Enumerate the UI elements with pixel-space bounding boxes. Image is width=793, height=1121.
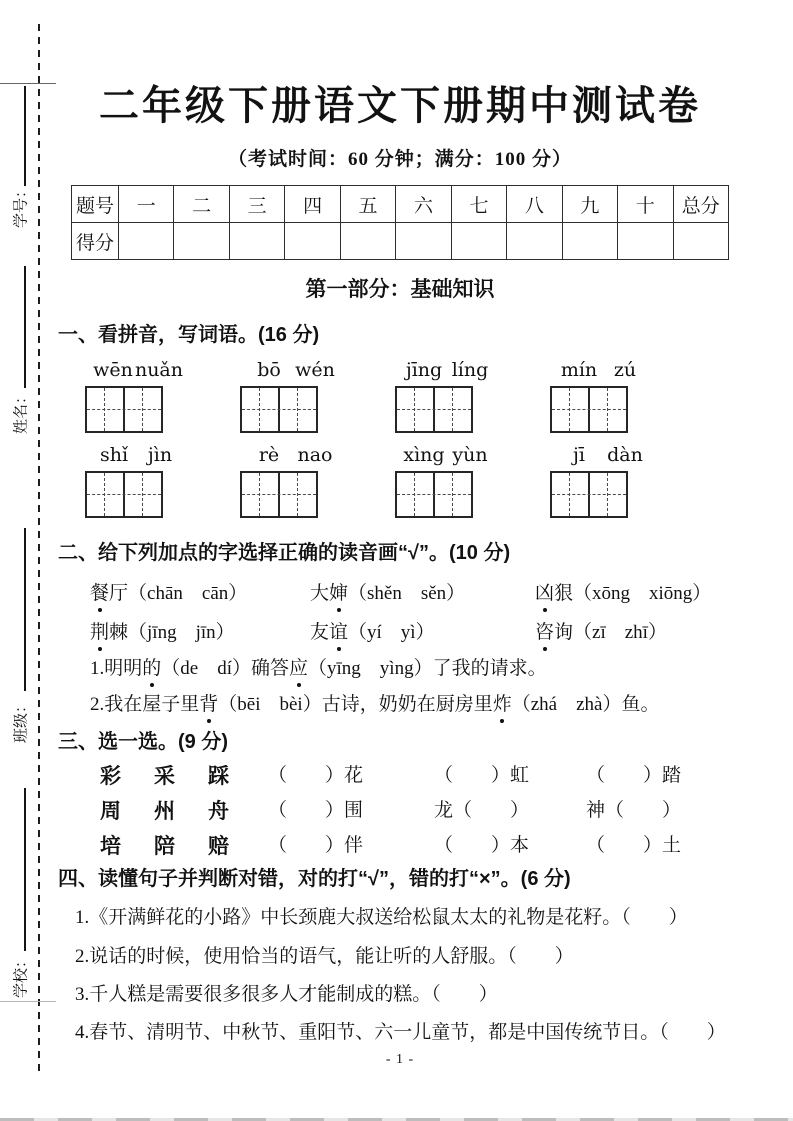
pinyin-word-group: bōwén [240, 357, 318, 433]
score-table-score-row: 得分 [72, 223, 729, 260]
score-table: 题号 一 二 三 四 五 六 七 八 九 十 总分 得分 [71, 185, 729, 260]
score-cell [229, 223, 284, 260]
pinyin-label: bōwén [246, 357, 338, 384]
word-text: 棘（jīng jīn） [109, 622, 235, 643]
sentence-text: （bēi bèi）古诗，奶奶在厨房里 [218, 694, 492, 715]
judge-item: 4.春节、清明节、中秋节、重阳节、六一儿童节，都是中国传统节日。（ ） [75, 1020, 745, 1046]
score-table-header-cell: 六 [396, 186, 451, 223]
sentence-text: （de dí）确答 [161, 658, 289, 679]
score-cell [285, 223, 340, 260]
binding-dashed-line [38, 24, 40, 1076]
pronunciation-word: 凶狠（xōng xiōng） [535, 579, 745, 608]
exam-info-subtitle: （考试时间：60 分钟；满分：100 分） [55, 144, 745, 171]
tianzige-cell [433, 473, 471, 516]
student-id-blank-line [24, 86, 26, 186]
dotted-char: 炸 [493, 691, 512, 719]
word-text: （yí yì） [348, 622, 435, 643]
pinyin-syllable: bō [246, 357, 292, 384]
score-row-label-cell: 得分 [72, 223, 119, 260]
score-cell [451, 223, 506, 260]
choice-blank: （ ）虹 [434, 762, 586, 790]
pinyin-syllable: zú [602, 357, 648, 384]
character-choice-row: 周州舟 （ ）围 龙（ ） 神（ ） [100, 797, 745, 825]
pinyin-syllable: jìn [137, 442, 183, 469]
dotted-char: 婶 [329, 579, 348, 608]
tianzige-cell [588, 388, 626, 431]
score-table-header-row: 题号 一 二 三 四 五 六 七 八 九 十 总分 [72, 186, 729, 223]
pinyin-label: mínzú [556, 357, 648, 384]
tianzige-cell [242, 473, 278, 516]
pronunciation-word-row: 荆棘（jīng jīn） 友谊（yí yì） 咨询（zī zhī） [90, 618, 745, 647]
tianzige-grid [550, 386, 628, 433]
dotted-char: 谊 [329, 618, 348, 647]
pinyin-word-group: mínzú [550, 357, 628, 433]
margin-tick-top [0, 83, 56, 84]
score-table-header-cell: 五 [340, 186, 395, 223]
score-table-header-cell: 七 [451, 186, 506, 223]
score-table-header-cell: 总分 [673, 186, 728, 223]
dotted-char: 餐 [90, 579, 109, 608]
pinyin-word-group: xìngyùn [395, 442, 473, 518]
tianzige-cell [588, 473, 626, 516]
pinyin-syllable: rè [246, 442, 292, 469]
tianzige-cell [552, 473, 588, 516]
choice-blank: （ ）本 [434, 832, 586, 860]
page-number: - 1 - [55, 1052, 745, 1068]
sentence-text: 2.我在屋子里 [90, 694, 199, 715]
character-choice-row: 培陪赔 （ ）伴 （ ）本 （ ）土 [100, 832, 745, 860]
choice-blank: （ ）踏 [586, 762, 745, 790]
choice-characters: 彩采踩 [100, 762, 268, 790]
score-table-header-cell: 一 [119, 186, 174, 223]
dotted-char: 背 [199, 691, 218, 719]
tianzige-grid [85, 471, 163, 518]
tianzige-grid [85, 386, 163, 433]
tianzige-cell [552, 388, 588, 431]
pronunciation-sentence: 1.明明的（de dí）确答应（yīng yìng）了我的请求。 [90, 655, 745, 683]
tianzige-cell [278, 388, 316, 431]
score-table-header-cell: 九 [562, 186, 617, 223]
page-title: 二年级下册语文下册期中测试卷 [55, 0, 745, 128]
judge-item: 1.《开满鲜花的小路》中长颈鹿大叔送给松鼠太太的礼物是花籽。（ ） [75, 905, 745, 931]
choice-blank: 神（ ） [586, 797, 745, 825]
judge-item: 2.说话的时候，使用恰当的语气，能让听的人舒服。（ ） [75, 944, 745, 970]
school-blank-line [24, 788, 26, 951]
choice-blank: （ ）围 [268, 797, 434, 825]
pinyin-syllable: mín [556, 357, 602, 384]
pinyin-label: jīnglíng [401, 357, 493, 384]
choice-characters: 周州舟 [100, 797, 268, 825]
pronunciation-word: 餐厅（chān cān） [90, 579, 310, 608]
section4-heading: 四、读懂句子并判断对错，对的打“√”，错的打“×”。(6 分) [58, 865, 745, 893]
sentence-text: （zhá zhà）鱼。 [512, 694, 660, 715]
dotted-char: 凶 [535, 579, 554, 608]
tianzige-grid [395, 471, 473, 518]
character-choice-row: 彩采踩 （ ）花 （ ）虹 （ ）踏 [100, 762, 745, 790]
pronunciation-sentence: 2.我在屋子里背（bēi bèi）古诗，奶奶在厨房里炸（zhá zhà）鱼。 [90, 691, 745, 719]
section2-heading: 二、给下列加点的字选择正确的读音画“√”。(10 分) [58, 539, 745, 567]
dotted-char: 咨 [535, 618, 554, 647]
sentence-text: （yīng yìng）了我的请求。 [308, 658, 547, 679]
word-text: 大 [310, 583, 329, 604]
pinyin-label: rènao [246, 442, 338, 469]
word-text: 狠（xōng xiōng） [554, 583, 711, 604]
section3-heading: 三、选一选。(9 分) [58, 728, 745, 756]
part-one-heading: 第一部分：基础知识 [55, 273, 745, 303]
word-text: 询（zī zhī） [554, 622, 667, 643]
choice-blank: （ ）土 [586, 832, 745, 860]
score-cell [562, 223, 617, 260]
pinyin-word-group: rènao [240, 442, 318, 518]
score-cell [507, 223, 562, 260]
exam-content: 二年级下册语文下册期中测试卷 （考试时间：60 分钟；满分：100 分） 题号 … [55, 0, 745, 1068]
pinyin-label: xìngyùn [401, 442, 493, 469]
class-label: 班级： [15, 697, 30, 745]
tianzige-cell [397, 388, 433, 431]
pinyin-grid-row: shǐjìn rènao xìngyùn jīdàn [85, 442, 745, 518]
score-table-header-cell: 八 [507, 186, 562, 223]
pinyin-word-group: shǐjìn [85, 442, 163, 518]
pinyin-syllable: yùn [447, 442, 493, 469]
pinyin-syllable: dàn [602, 442, 648, 469]
pronunciation-word: 大婶（shěn sěn） [310, 579, 535, 608]
pinyin-syllable: nuǎn [135, 357, 183, 384]
pinyin-word-group: jīdàn [550, 442, 628, 518]
margin-tick-bottom [0, 1001, 56, 1002]
pinyin-label: wēnnuǎn [91, 357, 183, 384]
score-table-corner-cell: 题号 [72, 186, 119, 223]
pinyin-syllable: wēn [91, 357, 135, 384]
word-text: （shěn sěn） [348, 583, 465, 604]
word-text: 友 [310, 622, 329, 643]
score-cell [174, 223, 229, 260]
pinyin-grid-row: wēnnuǎn bōwén jīnglíng mínzú [85, 357, 745, 433]
name-blank-line [24, 266, 26, 388]
tianzige-cell [242, 388, 278, 431]
pronunciation-word: 友谊（yí yì） [310, 618, 535, 647]
tianzige-grid [550, 471, 628, 518]
tianzige-cell [397, 473, 433, 516]
pinyin-syllable: jīng [401, 357, 447, 384]
pinyin-word-group: wēnnuǎn [85, 357, 163, 433]
score-cell [396, 223, 451, 260]
pinyin-word-group: jīnglíng [395, 357, 473, 433]
tianzige-cell [433, 388, 471, 431]
sentence-text: 1.明明 [90, 658, 142, 679]
student-id-label: 学号： [15, 182, 30, 230]
choice-blank: 龙（ ） [434, 797, 586, 825]
pinyin-syllable: líng [447, 357, 493, 384]
tianzige-grid [240, 386, 318, 433]
dotted-char: 荆 [90, 618, 109, 647]
score-cell [618, 223, 673, 260]
choice-blank: （ ）伴 [268, 832, 434, 860]
judge-item: 3.千人糕是需要很多很多人才能制成的糕。（ ） [75, 982, 745, 1008]
pronunciation-word-row: 餐厅（chān cān） 大婶（shěn sěn） 凶狠（xōng xiōng） [90, 579, 745, 608]
pinyin-syllable: shǐ [91, 442, 137, 469]
score-table-header-cell: 三 [229, 186, 284, 223]
pinyin-label: jīdàn [556, 442, 648, 469]
tianzige-cell [123, 473, 161, 516]
pronunciation-word: 咨询（zī zhī） [535, 618, 745, 647]
score-table-header-cell: 二 [174, 186, 229, 223]
pinyin-syllable: jī [556, 442, 602, 469]
pinyin-syllable: nao [292, 442, 338, 469]
dotted-char: 的 [142, 655, 161, 683]
score-table-header-cell: 十 [618, 186, 673, 223]
exam-paper: 学号： 姓名： 班级： 学校： 二年级下册语文下册期中测试卷 （考试时间：60 … [0, 0, 793, 1121]
tianzige-grid [240, 471, 318, 518]
score-cell [340, 223, 395, 260]
score-cell [673, 223, 728, 260]
pinyin-label: shǐjìn [91, 442, 183, 469]
class-blank-line [24, 528, 26, 691]
tianzige-cell [87, 388, 123, 431]
score-cell [119, 223, 174, 260]
tianzige-cell [278, 473, 316, 516]
tianzige-cell [123, 388, 161, 431]
tianzige-cell [87, 473, 123, 516]
school-label: 学校： [15, 952, 30, 1000]
pinyin-syllable: xìng [401, 442, 447, 469]
pinyin-syllable: wén [292, 357, 338, 384]
dotted-char: 应 [289, 655, 308, 683]
choice-blank: （ ）花 [268, 762, 434, 790]
choice-characters: 培陪赔 [100, 832, 268, 860]
pronunciation-word: 荆棘（jīng jīn） [90, 618, 310, 647]
score-table-header-cell: 四 [285, 186, 340, 223]
tianzige-grid [395, 386, 473, 433]
word-text: 厅（chān cān） [109, 583, 247, 604]
section1-heading: 一、看拼音，写词语。(16 分) [58, 321, 745, 349]
name-label: 姓名： [15, 388, 30, 436]
